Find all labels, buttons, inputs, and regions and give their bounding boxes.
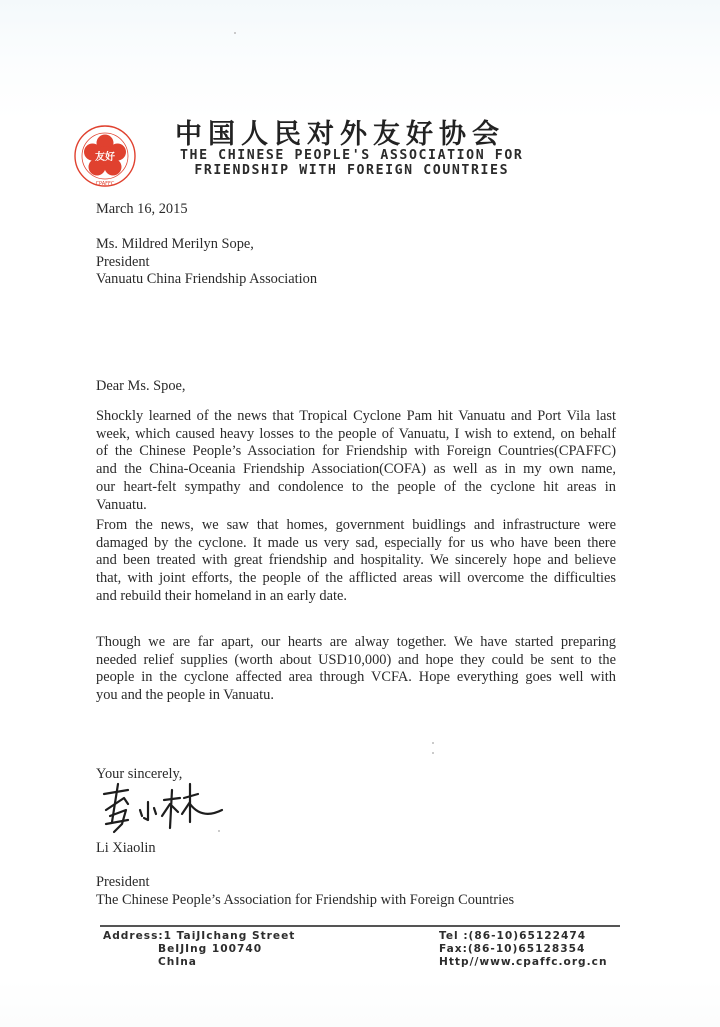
paragraph-line: Though we are far apart, our hearts are … bbox=[96, 634, 616, 652]
recipient-block: Ms. Mildred Merilyn Sope, President Vanu… bbox=[96, 236, 317, 289]
paragraph-line: damaged by the cyclone. It made us very … bbox=[96, 535, 616, 553]
paragraph-line: people in the cyclone affected area thro… bbox=[96, 669, 616, 687]
chinese-org-name: 中国人民对外友好协会 bbox=[175, 112, 545, 151]
letter-page: 友好 CPAFFC 中国人民对外友好协会 THE CHINESE PEOPLE'… bbox=[0, 0, 720, 1027]
signer-title: President bbox=[96, 874, 150, 892]
footer-divider bbox=[100, 925, 620, 927]
body-paragraph-3: Though we are far apart, our hearts are … bbox=[96, 634, 616, 705]
body-paragraph-1: Shockly learned of the news that Tropica… bbox=[96, 408, 616, 514]
logo-bottom-text: CPAFFC bbox=[96, 181, 115, 187]
footer-tel: Tel :(86-10)65122474 bbox=[439, 930, 608, 943]
scan-speck bbox=[432, 742, 434, 744]
footer-fax: Fax:(86-10)65128354 bbox=[439, 943, 608, 956]
paragraph-line: From the news, we saw that homes, govern… bbox=[96, 517, 616, 535]
paragraph-line: and been treated with great friendship a… bbox=[96, 552, 616, 570]
footer-website: Http//www.cpaffc.org.cn bbox=[439, 956, 608, 969]
signer-name: Li Xiaolin bbox=[96, 840, 156, 858]
paragraph-line: and rebuild their homeland in an early d… bbox=[96, 588, 616, 606]
paragraph-line: and the China-Oceania Friendship Associa… bbox=[96, 461, 616, 479]
address-line-2: BeIJIng 100740 bbox=[103, 943, 295, 956]
salutation: Dear Ms. Spoe, bbox=[96, 378, 186, 396]
english-org-name-line2: FRIENDSHIP WITH FOREIGN COUNTRIES bbox=[180, 163, 523, 178]
recipient-organization: Vanuatu China Friendship Association bbox=[96, 271, 317, 289]
logo-center-text: 友好 bbox=[95, 150, 115, 163]
footer-contact: Tel :(86-10)65122474 Fax:(86-10)65128354… bbox=[439, 930, 608, 969]
paragraph-line: needed relief supplies (worth about USD1… bbox=[96, 652, 616, 670]
body-paragraph-2: From the news, we saw that homes, govern… bbox=[96, 517, 616, 606]
scan-speck bbox=[218, 830, 220, 832]
scan-speck bbox=[234, 32, 236, 34]
letter-date: March 16, 2015 bbox=[96, 201, 188, 219]
plum-blossom-emblem-icon: 友好 CPAFFC bbox=[73, 124, 137, 188]
paragraph-line: Vanuatu. bbox=[96, 497, 616, 515]
english-org-name: THE CHINESE PEOPLE'S ASSOCIATION FOR FRI… bbox=[180, 148, 523, 178]
paragraph-line: you and the people in Vanuatu. bbox=[96, 687, 616, 705]
scan-speck bbox=[432, 752, 434, 754]
english-org-name-line1: THE CHINESE PEOPLE'S ASSOCIATION FOR bbox=[180, 148, 523, 163]
recipient-title: President bbox=[96, 254, 317, 272]
address-line-3: ChIna bbox=[103, 956, 295, 969]
paragraph-line: week, which caused heavy losses to the p… bbox=[96, 426, 616, 444]
paragraph-line: of the Chinese People’s Association for … bbox=[96, 443, 616, 461]
paragraph-line: that, with joint efforts, the people of … bbox=[96, 570, 616, 588]
signer-organization: The Chinese People’s Association for Fri… bbox=[96, 892, 514, 910]
paragraph-line: Shockly learned of the news that Tropica… bbox=[96, 408, 616, 426]
handwritten-signature-icon bbox=[98, 780, 228, 840]
address-line-1: Address:1 TaiJIchang Street bbox=[103, 930, 295, 943]
footer-address: Address:1 TaiJIchang Street BeIJIng 1007… bbox=[103, 930, 295, 969]
paragraph-line: our heart-felt sympathy and condolence t… bbox=[96, 479, 616, 497]
recipient-name: Ms. Mildred Merilyn Sope, bbox=[96, 236, 317, 254]
